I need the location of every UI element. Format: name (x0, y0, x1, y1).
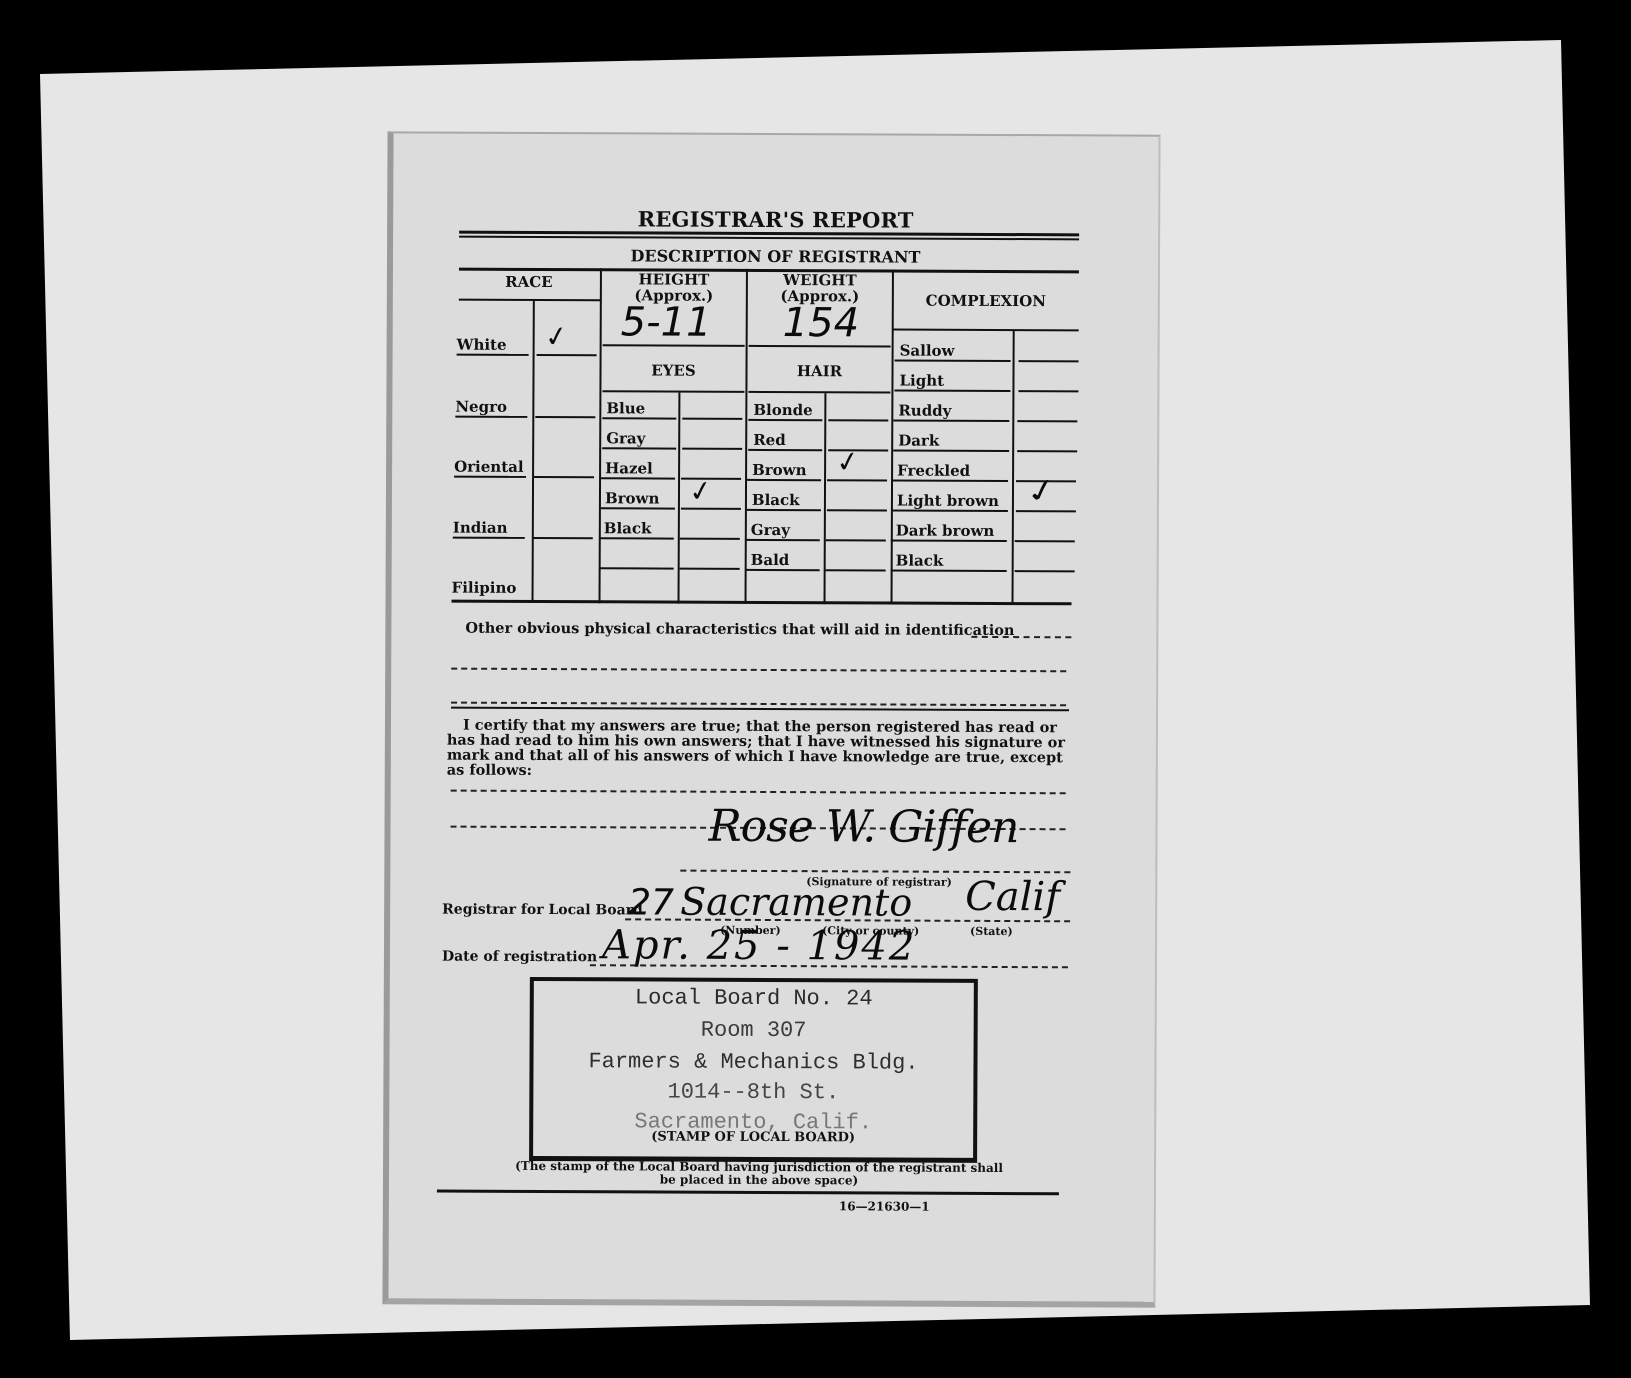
complexion-rule-1 (895, 360, 1011, 363)
other-characteristics-field-3[interactable] (451, 702, 1066, 707)
complexion-check-rule-1 (1019, 360, 1079, 362)
divider-weight-complexion (891, 270, 894, 605)
date-of-registration-label: Date of registration (442, 949, 597, 966)
race-oriental-label: Oriental (454, 458, 524, 476)
eyes-hazel-label: Hazel (605, 459, 653, 477)
complexion-check-rule-4 (1017, 450, 1077, 452)
height-header-label: HEIGHT (601, 271, 747, 288)
complexion-rule-5 (892, 480, 1008, 483)
eyes-check-rule-6 (680, 568, 740, 570)
state-caption: (State) (970, 925, 1013, 938)
hair-bald-label: Bald (751, 551, 790, 569)
other-characteristics-field-1[interactable] (971, 636, 1071, 638)
footer-rule (437, 1190, 1059, 1196)
eyes-row-rule-3 (601, 477, 675, 479)
stamp-line-room: Room 307 (534, 1017, 974, 1044)
complexion-rule-3 (893, 420, 1009, 423)
local-board-label: Registrar for Local Board (442, 902, 643, 919)
complexion-dark-brown-label: Dark brown (896, 522, 995, 540)
stamp-line-street: 1014--8th St. (533, 1079, 973, 1106)
eyes-row-rule-1 (602, 417, 676, 419)
race-oriental-check-rule (534, 476, 594, 478)
date-of-registration-value: Apr. 25 - 1942 (602, 922, 916, 969)
hair-check-rule-6 (826, 569, 886, 571)
divider-eyes-check (678, 393, 681, 604)
complexion-header-rule (893, 329, 1079, 332)
other-characteristics-label: Other obvious physical characteristics t… (465, 620, 1014, 639)
complexion-rule-6 (892, 510, 1008, 513)
form-title: REGISTRAR'S REPORT (393, 205, 1158, 233)
hair-row-rule-4 (747, 509, 821, 511)
signature-line[interactable] (680, 870, 1070, 874)
hair-check-rule-5 (826, 539, 886, 541)
race-white-rule (457, 354, 529, 356)
local-board-stamp-box: Local Board No. 24 Room 307 Farmers & Me… (529, 977, 978, 1163)
race-white-check-rule (537, 354, 597, 356)
section-subtitle: DESCRIPTION OF REGISTRANT (393, 245, 1158, 267)
complexion-check-rule-8 (1015, 570, 1075, 572)
race-indian-label: Indian (453, 519, 508, 537)
hair-row-rule-1 (748, 419, 822, 421)
race-negro-check-rule (535, 416, 595, 418)
complexion-freckled-label: Freckled (897, 462, 970, 480)
height-value-rule (603, 344, 745, 347)
race-header: RACE (459, 274, 599, 291)
registrar-signature: Rose W. Giffen (708, 801, 1018, 853)
form-number: 16—21630—1 (839, 1199, 930, 1213)
stamp-caption: (STAMP OF LOCAL BOARD) (533, 1129, 973, 1146)
certification-rule (451, 707, 1069, 712)
complexion-rule-8 (891, 570, 1007, 573)
race-header-rule (459, 299, 601, 302)
hair-row-rule-5 (746, 539, 820, 541)
eyes-brown-label: Brown (605, 489, 659, 507)
hair-check-rule-3 (827, 479, 887, 481)
weight-value: 154 (783, 300, 860, 346)
race-white-label: White (457, 336, 507, 354)
hair-red-label: Red (753, 431, 786, 449)
complexion-dark-label: Dark (898, 432, 939, 450)
complexion-rule-7 (891, 540, 1007, 543)
eyes-header-rule (602, 390, 744, 393)
race-oriental-rule (454, 476, 526, 478)
stamp-instruction-note: (The stamp of the Local Board having jur… (509, 1160, 1009, 1188)
eyes-row-rule-2 (602, 447, 676, 449)
complexion-rule-2 (894, 390, 1010, 393)
divider-race-check (532, 301, 535, 603)
eyes-check-rule-5 (680, 538, 740, 540)
eyes-black-label: Black (604, 519, 652, 537)
weight-value-rule (749, 345, 891, 348)
eyes-check-rule-4 (681, 508, 741, 510)
hair-header-rule (748, 391, 890, 394)
exceptions-field-1[interactable] (451, 790, 1066, 795)
divider-complexion-check (1012, 331, 1015, 605)
hair-row-rule-6 (746, 569, 820, 571)
eyes-row-rule-4 (601, 507, 675, 509)
stamp-line-board: Local Board No. 24 (534, 985, 974, 1012)
race-filipino-label: Filipino (452, 579, 517, 597)
race-white-checkmark: ✓ (542, 318, 571, 354)
eyes-header: EYES (600, 362, 746, 379)
hair-check-rule-4 (827, 509, 887, 511)
divider-height-weight (745, 269, 748, 604)
complexion-check-rule-3 (1017, 420, 1077, 422)
hair-gray-label: Gray (751, 521, 790, 539)
certification-text: I certify that my answers are true; that… (447, 718, 1072, 781)
complexion-check-rule-6 (1016, 510, 1076, 512)
eyes-row-rule-6 (600, 567, 674, 569)
hair-header: HAIR (746, 363, 892, 380)
eyes-check-rule-1 (682, 418, 742, 420)
height-value: 5-11 (621, 299, 712, 345)
race-indian-rule (453, 537, 525, 539)
divider-race-height (599, 268, 602, 603)
hair-blonde-label: Blonde (753, 401, 812, 419)
title-rule-bottom (459, 236, 1079, 241)
complexion-light-brown-checkmark: ✓ (1021, 470, 1063, 512)
divider-hair-check (824, 393, 827, 604)
hair-row-rule-2 (748, 449, 822, 451)
complexion-rule-4 (893, 450, 1009, 453)
complexion-light-brown-label: Light brown (897, 492, 999, 510)
complexion-ruddy-label: Ruddy (898, 402, 951, 420)
local-board-state: Calif (965, 874, 1060, 920)
eyes-gray-label: Gray (606, 429, 645, 447)
stamp-line-building: Farmers & Mechanics Bldg. (533, 1049, 973, 1076)
local-board-number: 27 (628, 882, 674, 923)
complexion-black-label: Black (896, 552, 944, 570)
hair-row-rule-3 (747, 479, 821, 481)
eyes-row-rule-5 (600, 537, 674, 539)
table-bottom-rule (452, 600, 1072, 606)
complexion-sallow-label: Sallow (900, 342, 955, 360)
eyes-blue-label: Blue (606, 399, 645, 417)
hair-check-rule-1 (828, 419, 888, 421)
race-indian-check-rule (533, 537, 593, 539)
race-negro-label: Negro (455, 398, 507, 416)
other-characteristics-field-2[interactable] (451, 668, 1066, 673)
weight-header-label: WEIGHT (747, 272, 893, 289)
hair-brown-label: Brown (752, 461, 806, 479)
complexion-light-label: Light (899, 372, 944, 390)
local-board-city: Sacramento (680, 880, 912, 925)
eyes-check-rule-2 (682, 448, 742, 450)
registration-card: REGISTRAR'S REPORT DESCRIPTION OF REGIST… (382, 131, 1160, 1307)
complexion-check-rule-2 (1018, 390, 1078, 392)
race-negro-rule (455, 416, 527, 418)
complexion-header: COMPLEXION (893, 293, 1079, 310)
hair-black-label: Black (752, 491, 800, 509)
complexion-check-rule-7 (1015, 540, 1075, 542)
